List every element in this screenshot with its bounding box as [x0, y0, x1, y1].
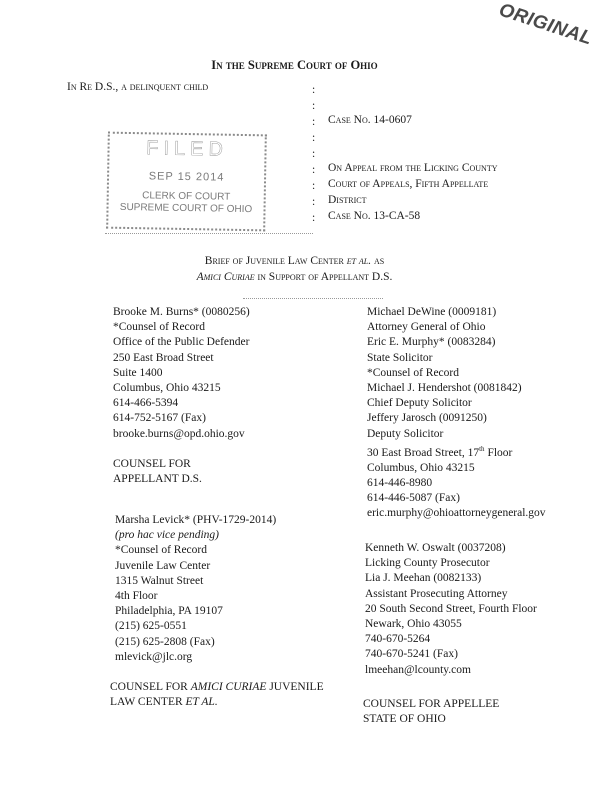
counsel-role: COUNSEL FOR APPELLEE	[363, 697, 499, 712]
appeal-line: District	[328, 192, 498, 208]
counsel-role: STATE OF OHIO	[363, 712, 499, 727]
counsel-line: 20 South Second Street, Fourth Floor	[365, 602, 537, 617]
counsel-role: COUNSEL FOR AMICI CURIAE JUVENILE	[110, 680, 324, 695]
appellee-counsel-role: COUNSEL FOR APPELLEE STATE OF OHIO	[363, 697, 499, 727]
prosecutor-block: Kenneth W. Oswalt (0037208) Licking Coun…	[365, 541, 537, 678]
title-divider	[243, 298, 383, 299]
counsel-line: (215) 625-2808 (Fax)	[115, 635, 276, 650]
appeal-info: On Appeal from the Licking County Court …	[328, 160, 498, 224]
counsel-line: Suite 1400	[113, 366, 250, 381]
appeal-line: Court of Appeals, Fifth Appellate	[328, 176, 498, 192]
counsel-line: Brooke M. Burns* (0080256)	[113, 305, 250, 320]
counsel-line: *Counsel of Record	[367, 366, 546, 381]
counsel-line: 614-466-5394	[113, 396, 250, 411]
counsel-line: 614-752-5167 (Fax)	[113, 411, 250, 426]
counsel-line: Licking County Prosecutor	[365, 556, 537, 571]
counsel-line: 740-670-5264	[365, 632, 537, 647]
counsel-line: Chief Deputy Solicitor	[367, 396, 546, 411]
attorney-general-block: Michael DeWine (0009181) Attorney Genera…	[367, 305, 546, 522]
counsel-line: Michael J. Hendershot (0081842)	[367, 381, 546, 396]
brief-title-line-2: Amici Curiae in Support of Appellant D.S…	[0, 269, 589, 285]
appellant-counsel-block: Brooke M. Burns* (0080256) *Counsel of R…	[113, 305, 250, 487]
counsel-line: 740-670-5241 (Fax)	[365, 647, 537, 662]
appeal-line: Case No. 13-CA-58	[328, 208, 498, 224]
counsel-line: 614-446-8980	[367, 476, 546, 491]
counsel-line: *Counsel of Record	[115, 543, 276, 558]
counsel-email: brooke.burns@opd.ohio.gov	[113, 427, 250, 442]
brief-title-line-1: Brief of Juvenile Law Center et al. as	[0, 253, 589, 269]
counsel-line: Newark, Ohio 43055	[365, 617, 537, 632]
original-stamp: ORIGINAL	[496, 0, 589, 50]
counsel-line: Jeffery Jarosch (0091250)	[367, 411, 546, 426]
counsel-email: lmeehan@lcounty.com	[365, 663, 537, 678]
counsel-line: Assistant Prosecuting Attorney	[365, 587, 537, 602]
counsel-line: 614-446-5087 (Fax)	[367, 491, 546, 506]
caption-divider	[105, 233, 313, 234]
counsel-line: Deputy Solicitor	[367, 427, 546, 442]
counsel-line: Columbus, Ohio 43215	[113, 381, 250, 396]
counsel-line: Kenneth W. Oswalt (0037208)	[365, 541, 537, 556]
caption-colon-column: :::::::::	[312, 82, 315, 226]
counsel-email: mlevick@jlc.org	[115, 650, 276, 665]
counsel-email: eric.murphy@ohioattorneygeneral.gov	[367, 506, 546, 521]
court-title: In the Supreme Court of Ohio	[0, 58, 589, 73]
counsel-role: LAW CENTER ET AL.	[110, 695, 324, 710]
counsel-role: APPELLANT D.S.	[113, 472, 250, 487]
filed-stamp: FILED SEP 15 2014 CLERK OF COURT SUPREME…	[106, 132, 267, 232]
counsel-line: 250 East Broad Street	[113, 351, 250, 366]
counsel-line: Michael DeWine (0009181)	[367, 305, 546, 320]
amici-counsel-block: Marsha Levick* (PHV-1729-2014) (pro hac …	[115, 513, 276, 665]
counsel-line: Juvenile Law Center	[115, 559, 276, 574]
counsel-line: (215) 625-0551	[115, 619, 276, 634]
counsel-line: Lia J. Meehan (0082133)	[365, 571, 537, 586]
counsel-line: 1315 Walnut Street	[115, 574, 276, 589]
counsel-role: COUNSEL FOR	[113, 457, 250, 472]
counsel-line: Attorney General of Ohio	[367, 320, 546, 335]
brief-title: Brief of Juvenile Law Center et al. as A…	[0, 253, 589, 285]
counsel-line: Columbus, Ohio 43215	[367, 461, 546, 476]
amici-counsel-role: COUNSEL FOR AMICI CURIAE JUVENILE LAW CE…	[110, 680, 324, 710]
counsel-line: State Solicitor	[367, 351, 546, 366]
counsel-line: Marsha Levick* (PHV-1729-2014)	[115, 513, 276, 528]
filed-title: FILED	[109, 137, 264, 163]
case-party: In Re D.S., a delinquent child	[67, 81, 208, 93]
filed-court: SUPREME COURT OF OHIO	[108, 202, 263, 217]
filed-date: SEP 15 2014	[109, 170, 264, 185]
counsel-line: Philadelphia, PA 19107	[115, 604, 276, 619]
counsel-note: (pro hac vice pending)	[115, 528, 276, 543]
case-number: Case No. 14-0607	[328, 112, 412, 128]
counsel-line: Office of the Public Defender	[113, 335, 250, 350]
counsel-line: *Counsel of Record	[113, 320, 250, 335]
counsel-line: 4th Floor	[115, 589, 276, 604]
counsel-address: 30 East Broad Street, 17th Floor	[367, 442, 546, 461]
appeal-line: On Appeal from the Licking County	[328, 160, 498, 176]
counsel-line: Eric E. Murphy* (0083284)	[367, 335, 546, 350]
